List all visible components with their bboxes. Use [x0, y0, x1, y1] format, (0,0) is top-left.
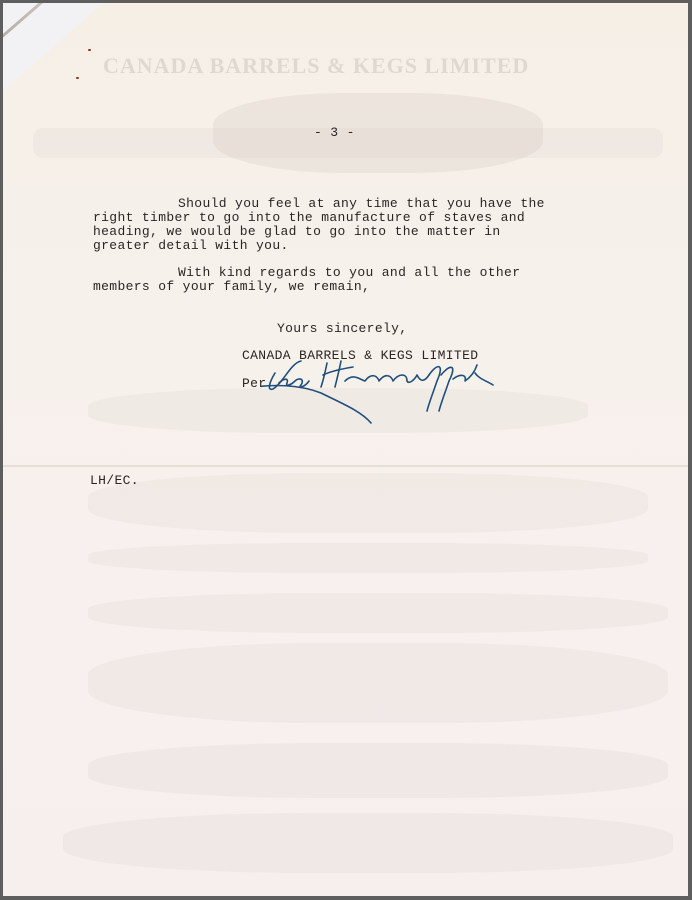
closing-salutation: Yours sincerely, [277, 322, 407, 336]
reverse-text-show-through [88, 473, 648, 533]
reverse-text-show-through [88, 593, 668, 633]
body-line: members of your family, we remain, [93, 280, 370, 294]
reverse-text-show-through [88, 643, 668, 723]
reverse-text-show-through [88, 543, 648, 573]
letterhead-show-through: CANADA BARRELS & KEGS LIMITED [103, 53, 529, 79]
body-line: right timber to go into the manufacture … [93, 211, 525, 225]
page-number: - 3 - [314, 126, 355, 140]
handwritten-signature [261, 353, 531, 433]
folded-corner [3, 3, 103, 91]
body-line: Should you feel at any time that you hav… [178, 197, 545, 211]
reference-initials: LH/EC. [90, 474, 139, 488]
paper-fold-line [3, 465, 688, 467]
reverse-text-show-through [88, 743, 668, 798]
body-line: greater detail with you. [93, 239, 289, 253]
reverse-text-show-through [63, 813, 673, 873]
body-line: heading, we would be glad to go into the… [93, 225, 501, 239]
body-line: With kind regards to you and all the oth… [178, 266, 520, 280]
letter-page: CANADA BARRELS & KEGS LIMITED - 3 - Shou… [3, 3, 688, 896]
